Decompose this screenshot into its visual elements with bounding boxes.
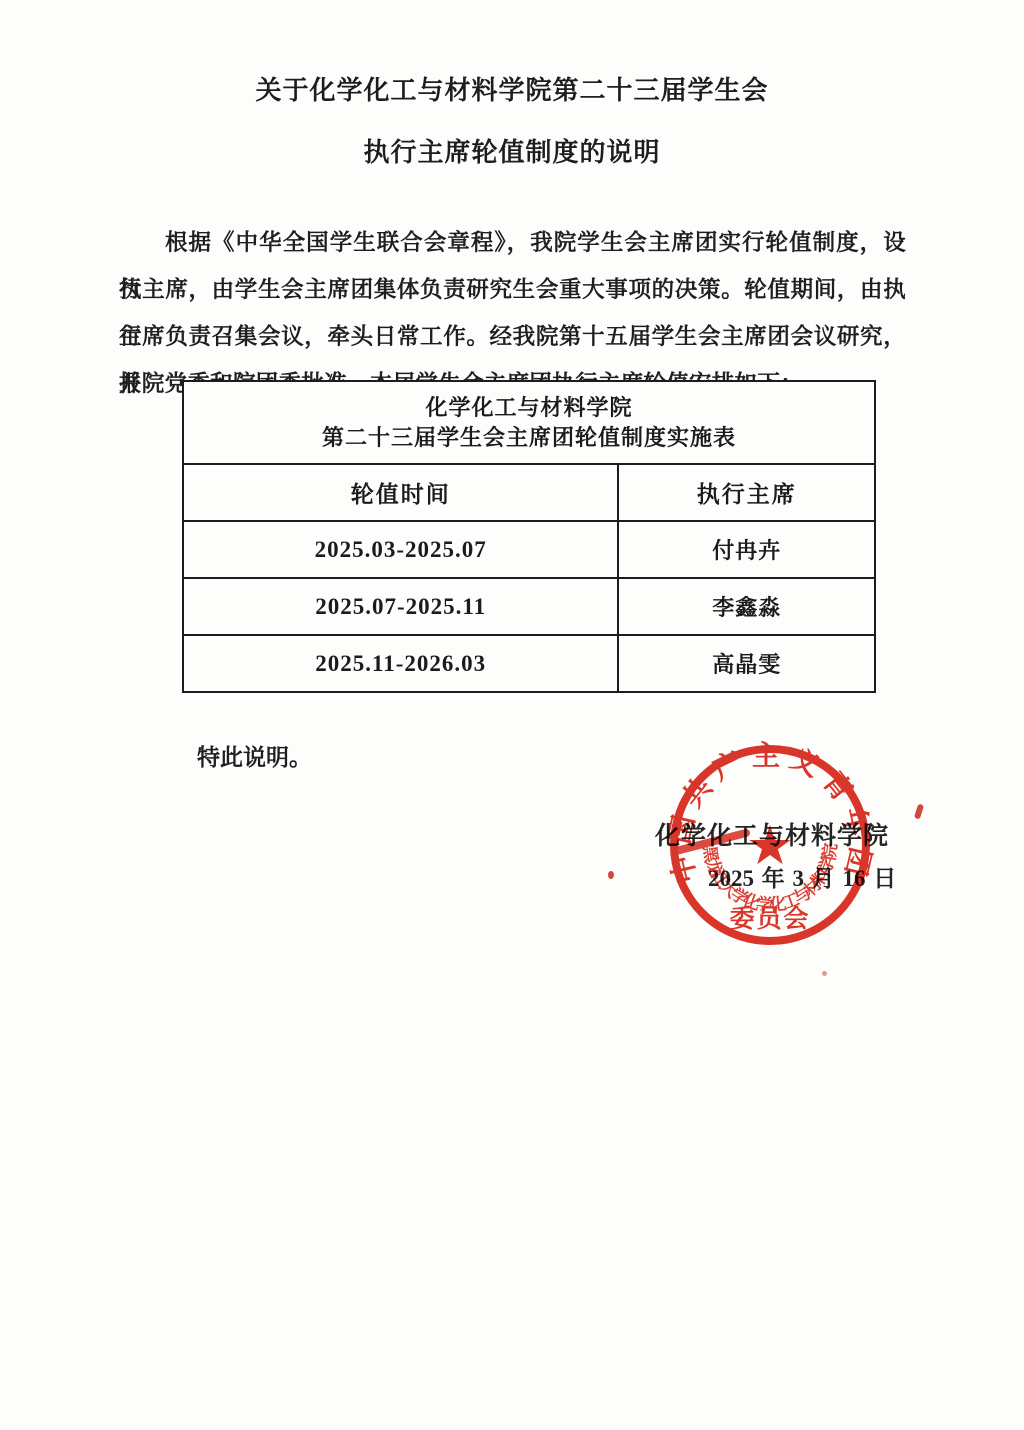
seal-star-icon: ★ xyxy=(746,816,794,876)
column-header-chair: 执行主席 xyxy=(619,465,874,520)
paragraph-line: 行主席，由学生会主席团集体负责研究生会重大事项的决策。轮值期间，由执行 xyxy=(119,266,906,313)
paragraph-line: 主席负责召集会议，牵头日常工作。经我院第十五届学生会主席团会议研究，并 xyxy=(119,313,906,360)
table-caption: 化学化工与材料学院 第二十三届学生会主席团轮值制度实施表 xyxy=(184,382,874,465)
title-line-1: 关于化学化工与材料学院第二十三届学生会 xyxy=(0,70,1024,107)
document-title: 关于化学化工与材料学院第二十三届学生会 执行主席轮值制度的说明 xyxy=(0,70,1024,169)
period-cell: 2025.07-2025.11 xyxy=(184,579,619,634)
period-cell: 2025.03-2025.07 xyxy=(184,522,619,577)
chair-cell: 李鑫淼 xyxy=(619,579,874,634)
ink-speck xyxy=(608,871,614,879)
table-row: 2025.03-2025.07 付冉卉 xyxy=(184,522,874,579)
table-row: 2025.11-2026.03 高晶雯 xyxy=(184,636,874,691)
ink-speck xyxy=(914,803,924,819)
paragraph-line: 根据《中华全国学生联合会章程》，我院学生会主席团实行轮值制度，设执 xyxy=(119,219,906,266)
official-seal: 中国共产主义青年团 ★ 黑龙江大学化学化工与材料学院 委员会 xyxy=(660,735,880,955)
table-row: 2025.07-2025.11 李鑫淼 xyxy=(184,579,874,636)
period-cell: 2025.11-2026.03 xyxy=(184,636,619,691)
closing-statement: 特此说明。 xyxy=(197,739,312,772)
table-header-row: 轮值时间 执行主席 xyxy=(184,465,874,522)
table-caption-line-1: 化学化工与材料学院 xyxy=(184,393,874,423)
ink-speck xyxy=(822,971,827,976)
title-line-2: 执行主席轮值制度的说明 xyxy=(0,132,1024,169)
rotation-schedule-table: 化学化工与材料学院 第二十三届学生会主席团轮值制度实施表 轮值时间 执行主席 2… xyxy=(182,380,876,693)
chair-cell: 高晶雯 xyxy=(619,636,874,691)
column-header-period: 轮值时间 xyxy=(184,465,619,520)
table-caption-line-2: 第二十三届学生会主席团轮值制度实施表 xyxy=(184,423,874,453)
document-page: 关于化学化工与材料学院第二十三届学生会 执行主席轮值制度的说明 根据《中华全国学… xyxy=(0,0,1024,1430)
chair-cell: 付冉卉 xyxy=(619,522,874,577)
seal-bottom-text: 委员会 xyxy=(729,904,810,933)
body-paragraph: 根据《中华全国学生联合会章程》，我院学生会主席团实行轮值制度，设执 行主席，由学… xyxy=(119,219,906,407)
